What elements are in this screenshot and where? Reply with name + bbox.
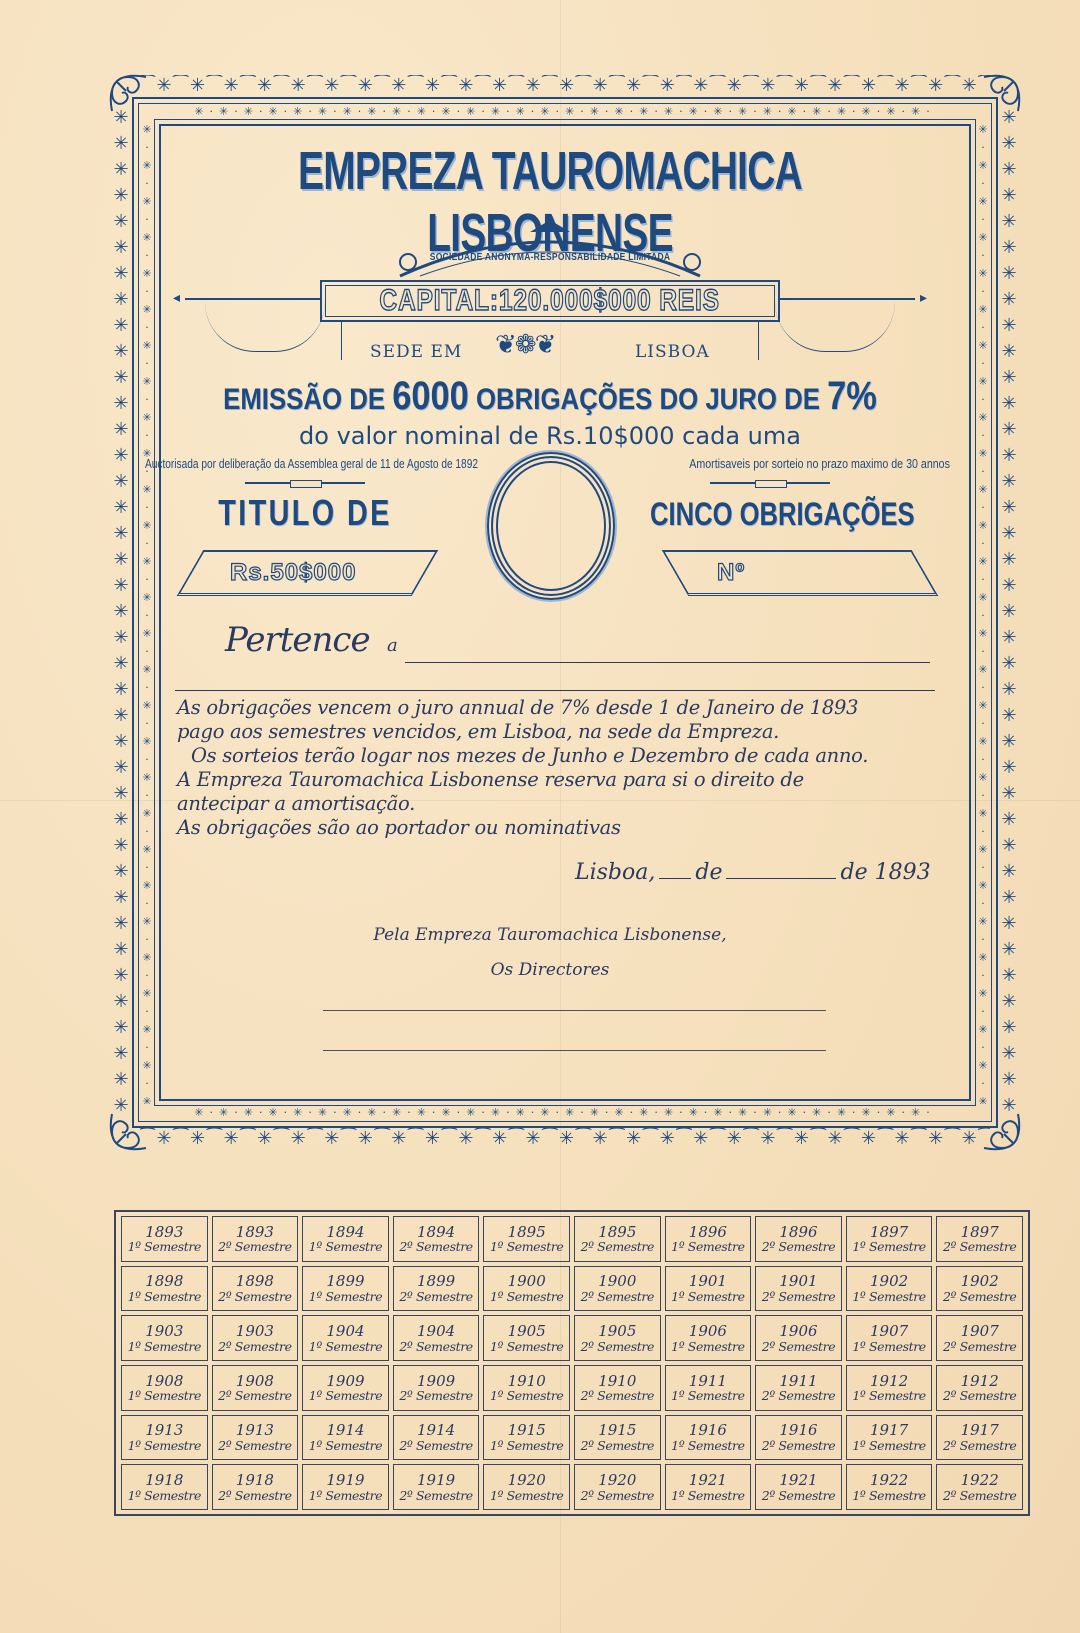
coupon-year: 1911 bbox=[779, 1373, 817, 1390]
coupon-year: 1896 bbox=[779, 1224, 817, 1241]
coupon-semester: 1º Semestre bbox=[490, 1290, 563, 1304]
coupon-year: 1903 bbox=[145, 1323, 183, 1340]
coupon-semester: 1º Semestre bbox=[309, 1290, 382, 1304]
coupon-year: 1893 bbox=[236, 1224, 274, 1241]
coupon-semester: 1º Semestre bbox=[309, 1240, 382, 1254]
coupon-cell[interactable]: 19142º Semestre bbox=[393, 1415, 480, 1461]
emission-heading: EMISSÃO DE 6000 OBRIGAÇÕES DO JURO DE 7% bbox=[219, 374, 881, 419]
coupon-year: 1900 bbox=[598, 1273, 636, 1290]
coupon-year: 1908 bbox=[145, 1373, 183, 1390]
coupon-year: 1895 bbox=[508, 1224, 546, 1241]
place-year: de 1893 bbox=[840, 860, 930, 885]
coupon-semester: 2º Semestre bbox=[943, 1290, 1016, 1304]
coupon-year: 1909 bbox=[417, 1373, 455, 1390]
nominal-value: do valor nominal de Rs.10$000 cada uma bbox=[165, 422, 935, 450]
scallop-border-right: ✳ ✳ ✳ ✳ ✳ ✳ ✳ ✳ ✳ ✳ ✳ ✳ ✳ ✳ ✳ ✳ ✳ ✳ ✳ ✳ … bbox=[998, 105, 1020, 1120]
scallop-border-bottom: ⁀✳⁀✳⁀✳⁀✳⁀✳⁀✳⁀✳⁀✳⁀✳⁀✳⁀✳⁀✳⁀✳⁀✳⁀✳⁀✳⁀✳⁀✳⁀✳⁀✳… bbox=[140, 1128, 990, 1150]
coupon-year: 1914 bbox=[326, 1422, 364, 1439]
coupon-year: 1914 bbox=[417, 1422, 455, 1439]
coupon-year: 1898 bbox=[145, 1273, 183, 1290]
coupon-cell[interactable]: 19051º Semestre bbox=[483, 1315, 570, 1361]
coupon-semester: 1º Semestre bbox=[490, 1439, 563, 1453]
coupon-year: 1900 bbox=[508, 1273, 546, 1290]
coupon-year: 1899 bbox=[417, 1273, 455, 1290]
coupon-year: 1907 bbox=[961, 1323, 999, 1340]
coupon-year: 1905 bbox=[508, 1323, 546, 1340]
coupon-sheet: 18931º Semestre18932º Semestre18941º Sem… bbox=[114, 1210, 1030, 1516]
coupon-year: 1918 bbox=[145, 1472, 183, 1489]
month-field[interactable] bbox=[726, 878, 836, 879]
star-border-top: ✳·✳·✳·✳·✳·✳·✳·✳·✳·✳·✳·✳·✳·✳·✳·✳·✳·✳·✳·✳·… bbox=[144, 106, 986, 118]
coupon-cell[interactable]: 19072º Semestre bbox=[936, 1315, 1023, 1361]
coupon-cell[interactable]: 18962º Semestre bbox=[755, 1216, 842, 1262]
coupon-year: 1907 bbox=[870, 1323, 908, 1340]
star-border-bottom: ✳·✳·✳·✳·✳·✳·✳·✳·✳·✳·✳·✳·✳·✳·✳·✳·✳·✳·✳·✳·… bbox=[144, 1107, 986, 1119]
coupon-cell[interactable]: 18942º Semestre bbox=[393, 1216, 480, 1262]
coupon-cell[interactable]: 19162º Semestre bbox=[755, 1415, 842, 1461]
coupon-semester: 1º Semestre bbox=[128, 1489, 201, 1503]
place-date-line: Lisboa,dede 1893 bbox=[575, 860, 931, 885]
coupon-year: 1902 bbox=[961, 1273, 999, 1290]
coupon-year: 1915 bbox=[598, 1422, 636, 1439]
coupon-cell[interactable]: 19082º Semestre bbox=[212, 1365, 299, 1411]
coupon-semester: 2º Semestre bbox=[399, 1290, 472, 1304]
coupon-semester: 1º Semestre bbox=[671, 1439, 744, 1453]
coupon-semester: 2º Semestre bbox=[218, 1439, 291, 1453]
signatories-label: Os Directores bbox=[165, 960, 935, 980]
coupon-year: 1922 bbox=[961, 1472, 999, 1489]
signature-heading: Pela Empreza Tauromachica Lisbonense, bbox=[165, 925, 935, 945]
spear-tip-icon: ◂ bbox=[173, 290, 180, 306]
coupon-semester: 2º Semestre bbox=[399, 1240, 472, 1254]
coupon-cell[interactable]: 19122º Semestre bbox=[936, 1365, 1023, 1411]
coupon-cell[interactable]: 19001º Semestre bbox=[483, 1266, 570, 1312]
capital-text: CAPITAL:120.000$000 REIS bbox=[380, 284, 721, 318]
certificate-body: EMPREZA TAUROMACHICA LISBONENSE SOCIEDAD… bbox=[165, 130, 935, 1090]
coupon-semester: 1º Semestre bbox=[852, 1489, 925, 1503]
pertence-label: Pertence bbox=[225, 620, 370, 660]
legal-form-text: SOCIEDADE ANONYMA-RESPONSABILIDADE LIMIT… bbox=[223, 252, 878, 263]
coupon-cell[interactable]: 18991º Semestre bbox=[302, 1266, 389, 1312]
coupon-year: 1897 bbox=[870, 1224, 908, 1241]
coupon-cell[interactable]: 19201º Semestre bbox=[483, 1464, 570, 1510]
coupon-cell[interactable]: 19211º Semestre bbox=[665, 1464, 752, 1510]
coupon-cell[interactable]: 19032º Semestre bbox=[212, 1315, 299, 1361]
coupon-year: 1918 bbox=[236, 1472, 274, 1489]
coupon-cell[interactable]: 19021º Semestre bbox=[846, 1266, 933, 1312]
coupon-cell[interactable]: 18931º Semestre bbox=[121, 1216, 208, 1262]
star-border-left: ✳·✳·✳·✳·✳·✳·✳·✳·✳·✳·✳·✳·✳·✳·✳·✳·✳·✳·✳·✳·… bbox=[141, 121, 153, 1104]
coupon-cell[interactable]: 18951º Semestre bbox=[483, 1216, 570, 1262]
coupon-cell[interactable]: 19202º Semestre bbox=[574, 1464, 661, 1510]
coupon-semester: 1º Semestre bbox=[309, 1489, 382, 1503]
value-ribbon: Rs.50$000 bbox=[177, 550, 439, 596]
scallop-border-left: ✳ ✳ ✳ ✳ ✳ ✳ ✳ ✳ ✳ ✳ ✳ ✳ ✳ ✳ ✳ ✳ ✳ ✳ ✳ ✳ … bbox=[110, 105, 132, 1120]
terms-line: antecipar a amortisação. bbox=[177, 792, 937, 816]
coupon-cell[interactable]: 19192º Semestre bbox=[393, 1464, 480, 1510]
coupon-cell[interactable]: 19181º Semestre bbox=[121, 1464, 208, 1510]
coupon-cell[interactable]: 19011º Semestre bbox=[665, 1266, 752, 1312]
titulo-value: Rs.50$000 bbox=[230, 559, 356, 587]
coupon-cell[interactable]: 18982º Semestre bbox=[212, 1266, 299, 1312]
coupon-semester: 1º Semestre bbox=[671, 1340, 744, 1354]
coupon-year: 1906 bbox=[779, 1323, 817, 1340]
coupon-year: 1912 bbox=[961, 1373, 999, 1390]
coupon-year: 1919 bbox=[326, 1472, 364, 1489]
signature-line-2[interactable] bbox=[323, 1050, 826, 1051]
coupon-year: 1896 bbox=[689, 1224, 727, 1241]
coupon-semester: 1º Semestre bbox=[128, 1240, 201, 1254]
coupon-year: 1898 bbox=[236, 1273, 274, 1290]
coupon-cell[interactable]: 19071º Semestre bbox=[846, 1315, 933, 1361]
coupon-year: 1920 bbox=[598, 1472, 636, 1489]
coupon-cell[interactable]: 19031º Semestre bbox=[121, 1315, 208, 1361]
coupon-semester: 2º Semestre bbox=[218, 1489, 291, 1503]
coupon-year: 1894 bbox=[326, 1224, 364, 1241]
coupon-semester: 1º Semestre bbox=[309, 1389, 382, 1403]
coupon-cell[interactable]: 19091º Semestre bbox=[302, 1365, 389, 1411]
coupon-cell[interactable]: 19081º Semestre bbox=[121, 1365, 208, 1411]
coupon-semester: 1º Semestre bbox=[852, 1240, 925, 1254]
coupon-year: 1902 bbox=[870, 1273, 908, 1290]
coupon-semester: 2º Semestre bbox=[762, 1340, 835, 1354]
coupon-semester: 2º Semestre bbox=[762, 1240, 835, 1254]
coupon-year: 1908 bbox=[236, 1373, 274, 1390]
coupon-cell[interactable]: 19191º Semestre bbox=[302, 1464, 389, 1510]
emission-count: 6000 bbox=[392, 374, 469, 418]
coupon-semester: 1º Semestre bbox=[128, 1439, 201, 1453]
emission-middle: OBRIGAÇÕES DO JURO DE bbox=[469, 383, 827, 416]
sede-label: SEDE EM bbox=[370, 342, 462, 362]
coupon-cell[interactable]: 19221º Semestre bbox=[846, 1464, 933, 1510]
coupon-semester: 2º Semestre bbox=[399, 1340, 472, 1354]
coupon-cell[interactable]: 18961º Semestre bbox=[665, 1216, 752, 1262]
coupon-year: 1917 bbox=[961, 1422, 999, 1439]
coupon-cell[interactable]: 19022º Semestre bbox=[936, 1266, 1023, 1312]
place-city: Lisboa, bbox=[575, 860, 655, 885]
coupon-semester: 2º Semestre bbox=[399, 1389, 472, 1403]
coupon-semester: 2º Semestre bbox=[218, 1340, 291, 1354]
coupon-semester: 2º Semestre bbox=[218, 1290, 291, 1304]
coupon-cell[interactable]: 19141º Semestre bbox=[302, 1415, 389, 1461]
coupon-cell[interactable]: 19131º Semestre bbox=[121, 1415, 208, 1461]
emission-prefix: EMISSÃO DE bbox=[223, 383, 392, 416]
coupon-cell[interactable]: 18952º Semestre bbox=[574, 1216, 661, 1262]
coupon-semester: 2º Semestre bbox=[581, 1389, 654, 1403]
coupon-semester: 2º Semestre bbox=[762, 1439, 835, 1453]
coupon-year: 1912 bbox=[870, 1373, 908, 1390]
coupon-semester: 2º Semestre bbox=[399, 1439, 472, 1453]
corner-flourish-icon bbox=[980, 71, 1024, 115]
coupon-semester: 2º Semestre bbox=[943, 1439, 1016, 1453]
rule-ornament-left bbox=[245, 482, 365, 484]
coupon-semester: 1º Semestre bbox=[852, 1290, 925, 1304]
coupon-cell[interactable]: 18972º Semestre bbox=[936, 1216, 1023, 1262]
coupon-cell[interactable]: 19161º Semestre bbox=[665, 1415, 752, 1461]
coupon-year: 1904 bbox=[417, 1323, 455, 1340]
coupon-year: 1894 bbox=[417, 1224, 455, 1241]
spear-ornament-right bbox=[780, 298, 915, 300]
coupon-year: 1897 bbox=[961, 1224, 999, 1241]
swoop-ornament-left bbox=[205, 302, 325, 352]
terms-line: As obrigações vencem o juro annual de 7%… bbox=[177, 696, 937, 720]
coupon-semester: 2º Semestre bbox=[581, 1340, 654, 1354]
scallop-border-top: ⁀✳⁀✳⁀✳⁀✳⁀✳⁀✳⁀✳⁀✳⁀✳⁀✳⁀✳⁀✳⁀✳⁀✳⁀✳⁀✳⁀✳⁀✳⁀✳⁀✳… bbox=[140, 75, 990, 97]
floral-ornament-icon: ❦❁❦ bbox=[495, 330, 554, 360]
coupon-year: 1910 bbox=[598, 1373, 636, 1390]
coupon-cell[interactable]: 19182º Semestre bbox=[212, 1464, 299, 1510]
coupon-semester: 2º Semestre bbox=[218, 1240, 291, 1254]
coupon-year: 1905 bbox=[598, 1323, 636, 1340]
coupon-year: 1911 bbox=[689, 1373, 727, 1390]
coupon-semester: 1º Semestre bbox=[852, 1340, 925, 1354]
seal-ring-icon bbox=[487, 452, 615, 600]
coupon-year: 1917 bbox=[870, 1422, 908, 1439]
coupon-year: 1899 bbox=[326, 1273, 364, 1290]
terms-line: pago aos semestres vencidos, em Lisboa, … bbox=[177, 720, 937, 744]
coupon-cell[interactable]: 18932º Semestre bbox=[212, 1216, 299, 1262]
coupon-cell[interactable]: 19112º Semestre bbox=[755, 1365, 842, 1411]
corner-flourish-icon bbox=[106, 71, 150, 115]
coupon-year: 1920 bbox=[508, 1472, 546, 1489]
coupon-semester: 1º Semestre bbox=[309, 1439, 382, 1453]
coupon-semester: 1º Semestre bbox=[490, 1489, 563, 1503]
number-ribbon: Nº bbox=[662, 550, 939, 596]
coupon-year: 1921 bbox=[779, 1472, 817, 1489]
coupon-cell[interactable]: 19171º Semestre bbox=[846, 1415, 933, 1461]
coupon-year: 1903 bbox=[236, 1323, 274, 1340]
coupon-year: 1922 bbox=[870, 1472, 908, 1489]
coupon-semester: 1º Semestre bbox=[671, 1389, 744, 1403]
coupon-semester: 1º Semestre bbox=[490, 1240, 563, 1254]
coupon-semester: 2º Semestre bbox=[581, 1240, 654, 1254]
swoop-ornament-right bbox=[775, 302, 895, 352]
authorisation-text: Auctorisada por deliberação da Assemblea… bbox=[145, 456, 478, 471]
coupon-year: 1915 bbox=[508, 1422, 546, 1439]
coupon-semester: 2º Semestre bbox=[581, 1290, 654, 1304]
coupon-year: 1919 bbox=[417, 1472, 455, 1489]
terms-line: Os sorteios terão logar nos mezes de Jun… bbox=[177, 744, 937, 768]
coupon-cell[interactable]: 19012º Semestre bbox=[755, 1266, 842, 1312]
coupon-semester: 1º Semestre bbox=[128, 1290, 201, 1304]
number-label: Nº bbox=[717, 559, 745, 587]
coupon-year: 1895 bbox=[598, 1224, 636, 1241]
coupon-semester: 1º Semestre bbox=[128, 1389, 201, 1403]
corner-flourish-icon bbox=[980, 1110, 1024, 1154]
coupon-cell[interactable]: 19121º Semestre bbox=[846, 1365, 933, 1411]
rule-ornament-right bbox=[710, 482, 830, 484]
coupon-year: 1906 bbox=[689, 1323, 727, 1340]
coupon-cell[interactable]: 18981º Semestre bbox=[121, 1266, 208, 1312]
spear-tip-icon: ▸ bbox=[920, 290, 927, 306]
spear-ornament-left bbox=[185, 298, 320, 300]
coupon-semester: 1º Semestre bbox=[671, 1489, 744, 1503]
coupon-semester: 1º Semestre bbox=[852, 1439, 925, 1453]
cinco-obrigacoes-label: CINCO OBRIGAÇÕES bbox=[650, 496, 890, 533]
coupon-cell[interactable]: 18971º Semestre bbox=[846, 1216, 933, 1262]
coupon-cell[interactable]: 19002º Semestre bbox=[574, 1266, 661, 1312]
coupon-cell[interactable]: 18992º Semestre bbox=[393, 1266, 480, 1312]
coupon-cell[interactable]: 19111º Semestre bbox=[665, 1365, 752, 1411]
coupon-year: 1916 bbox=[689, 1422, 727, 1439]
coupon-semester: 2º Semestre bbox=[762, 1389, 835, 1403]
coupon-cell[interactable]: 19042º Semestre bbox=[393, 1315, 480, 1361]
coupon-cell[interactable]: 19041º Semestre bbox=[302, 1315, 389, 1361]
coupon-cell[interactable]: 19152º Semestre bbox=[574, 1415, 661, 1461]
signature-line-1[interactable] bbox=[323, 1010, 826, 1011]
coupon-semester: 2º Semestre bbox=[399, 1489, 472, 1503]
coupon-year: 1909 bbox=[326, 1373, 364, 1390]
coupon-semester: 1º Semestre bbox=[490, 1340, 563, 1354]
coupon-year: 1916 bbox=[779, 1422, 817, 1439]
day-field[interactable] bbox=[659, 878, 691, 879]
coupon-semester: 1º Semestre bbox=[490, 1389, 563, 1403]
coupon-year: 1921 bbox=[689, 1472, 727, 1489]
coupon-semester: 2º Semestre bbox=[943, 1489, 1016, 1503]
coupon-semester: 2º Semestre bbox=[218, 1389, 291, 1403]
coupon-cell[interactable]: 19052º Semestre bbox=[574, 1315, 661, 1361]
coupon-semester: 2º Semestre bbox=[762, 1290, 835, 1304]
coupon-semester: 2º Semestre bbox=[943, 1340, 1016, 1354]
coupon-year: 1910 bbox=[508, 1373, 546, 1390]
coupon-cell[interactable]: 19151º Semestre bbox=[483, 1415, 570, 1461]
coupon-cell[interactable]: 19101º Semestre bbox=[483, 1365, 570, 1411]
coupon-semester: 1º Semestre bbox=[852, 1389, 925, 1403]
terms-paragraph: As obrigações vencem o juro annual de 7%… bbox=[177, 696, 937, 840]
coupon-semester: 2º Semestre bbox=[943, 1240, 1016, 1254]
coupon-year: 1913 bbox=[145, 1422, 183, 1439]
pertence-a: a bbox=[387, 635, 398, 656]
capital-box: CAPITAL:120.000$000 REIS bbox=[320, 280, 780, 322]
star-border-right: ✳·✳·✳·✳·✳·✳·✳·✳·✳·✳·✳·✳·✳·✳·✳·✳·✳·✳·✳·✳·… bbox=[977, 121, 989, 1104]
coupon-cell[interactable]: 19172º Semestre bbox=[936, 1415, 1023, 1461]
coupon-semester: 1º Semestre bbox=[128, 1340, 201, 1354]
sede-city: LISBOA bbox=[635, 342, 710, 362]
coupon-semester: 1º Semestre bbox=[671, 1240, 744, 1254]
coupon-year: 1901 bbox=[689, 1273, 727, 1290]
coupon-cell[interactable]: 19102º Semestre bbox=[574, 1365, 661, 1411]
place-de: de bbox=[695, 860, 722, 885]
titulo-label: TITULO DE bbox=[217, 492, 393, 534]
coupon-year: 1913 bbox=[236, 1422, 274, 1439]
coupon-semester: 2º Semestre bbox=[762, 1489, 835, 1503]
coupon-semester: 2º Semestre bbox=[581, 1439, 654, 1453]
coupon-cell[interactable]: 19212º Semestre bbox=[755, 1464, 842, 1510]
terms-line: As obrigações são ao portador ou nominat… bbox=[177, 816, 937, 840]
coupon-year: 1904 bbox=[326, 1323, 364, 1340]
coupon-cell[interactable]: 19092º Semestre bbox=[393, 1365, 480, 1411]
arch-ornament-icon bbox=[390, 218, 710, 278]
coupon-cell[interactable]: 19222º Semestre bbox=[936, 1464, 1023, 1510]
coupon-semester: 2º Semestre bbox=[943, 1389, 1016, 1403]
coupon-semester: 1º Semestre bbox=[671, 1290, 744, 1304]
coupon-year: 1901 bbox=[779, 1273, 817, 1290]
owner-field-line[interactable] bbox=[405, 662, 930, 663]
coupon-cell[interactable]: 19061º Semestre bbox=[665, 1315, 752, 1361]
coupon-semester: 1º Semestre bbox=[309, 1340, 382, 1354]
terms-line: A Empreza Tauromachica Lisbonense reserv… bbox=[177, 768, 937, 792]
amortisation-text: Amortisaveis por sorteio no prazo maximo… bbox=[689, 456, 950, 471]
emission-rate: 7% bbox=[827, 374, 877, 418]
coupon-cell[interactable]: 19132º Semestre bbox=[212, 1415, 299, 1461]
section-divider bbox=[175, 690, 935, 691]
corner-flourish-icon bbox=[106, 1110, 150, 1154]
coupon-cell[interactable]: 18941º Semestre bbox=[302, 1216, 389, 1262]
coupon-semester: 2º Semestre bbox=[581, 1489, 654, 1503]
coupon-year: 1893 bbox=[145, 1224, 183, 1241]
coupon-cell[interactable]: 19062º Semestre bbox=[755, 1315, 842, 1361]
